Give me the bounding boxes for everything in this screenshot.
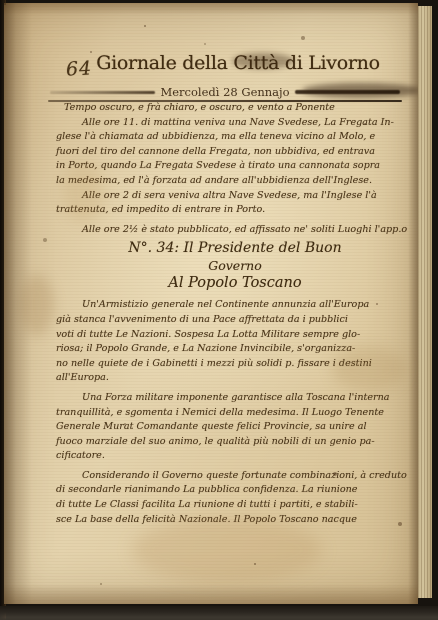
manuscript-line: tranquillità, e sgomenta i Nemici della … bbox=[56, 406, 414, 421]
manuscript-line: voti di tutte Le Nazioni. Sospesa La Lot… bbox=[56, 328, 414, 343]
page-number: 64 bbox=[65, 57, 92, 80]
page-edge bbox=[418, 6, 432, 598]
manuscript-line: fuoco marziale del suo animo, le qualità… bbox=[56, 435, 414, 450]
date-divider: Mercoledì 28 Gennajo bbox=[50, 85, 400, 99]
manuscript-line: Un'Armistizio generale nel Continente an… bbox=[56, 298, 414, 313]
table-surface bbox=[0, 606, 438, 620]
manuscript-line: Alle ore 2½ è stato pubblicato, ed affis… bbox=[56, 223, 414, 238]
entry-date: Mercoledì 28 Gennajo bbox=[160, 85, 289, 99]
manuscript-line: Tempo oscuro, e frà chiaro, e oscuro, e … bbox=[56, 101, 414, 116]
foxing-specks bbox=[4, 3, 6, 5]
ruled-divider-left bbox=[50, 91, 155, 94]
manuscript-line: Governo bbox=[56, 258, 414, 274]
manuscript-line: Alle ore 11. di mattina veniva una Nave … bbox=[56, 116, 414, 131]
journal-title: Giornale della Città di Livorno bbox=[92, 52, 384, 74]
ruled-divider-right bbox=[295, 90, 400, 94]
manuscript-line: di tutte Le Classi facilita La riunione … bbox=[56, 498, 414, 513]
paper-stain bbox=[20, 275, 54, 335]
manuscript-line: cificatore. bbox=[56, 449, 414, 464]
manuscript-line: no nelle quiete de i Gabinetti i mezzi p… bbox=[56, 357, 414, 372]
manuscript-line: trattenuta, ed impedito di entrare in Po… bbox=[56, 203, 414, 218]
manuscript-line: N°. 34: Il Presidente del Buon bbox=[56, 239, 414, 258]
manuscript-line: Alle ore 2 di sera veniva altra Nave Sve… bbox=[56, 189, 414, 204]
manuscript-line: sce La base della felicità Nazionale. Il… bbox=[56, 513, 414, 528]
manuscript-line: glese l'à chiamata ad ubbidienza, ma ell… bbox=[56, 130, 414, 145]
manuscript-line: Considerando il Governo queste fortunate… bbox=[56, 469, 414, 484]
manuscript-line: Generale Murat Comandante queste felici … bbox=[56, 420, 414, 435]
manuscript-line: di secondarle rianimando La pubblica con… bbox=[56, 483, 414, 498]
manuscript-line: già stanca l'avvenimento di una Pace aff… bbox=[56, 313, 414, 328]
manuscript-line: riosa; il Popolo Grande, e La Nazione In… bbox=[56, 342, 414, 357]
manuscript-page: 64 Giornale della Città di Livorno Merco… bbox=[4, 3, 418, 604]
manuscript-line: Al Popolo Toscano bbox=[56, 274, 414, 293]
manuscript-line: in Porto, quando La Fregata Svedese à ti… bbox=[56, 159, 414, 174]
manuscript-line: Una Forza militare imponente garantisce … bbox=[56, 391, 414, 406]
manuscript-line: all'Europa. bbox=[56, 371, 414, 386]
manuscript-line: fuori del tiro del cannone della Fregata… bbox=[56, 145, 414, 160]
manuscript-line: la medesima, ed l'à forzata ad andare al… bbox=[56, 174, 414, 189]
manuscript-text-block: Tempo oscuro, e frà chiaro, e oscuro, e … bbox=[56, 101, 414, 527]
